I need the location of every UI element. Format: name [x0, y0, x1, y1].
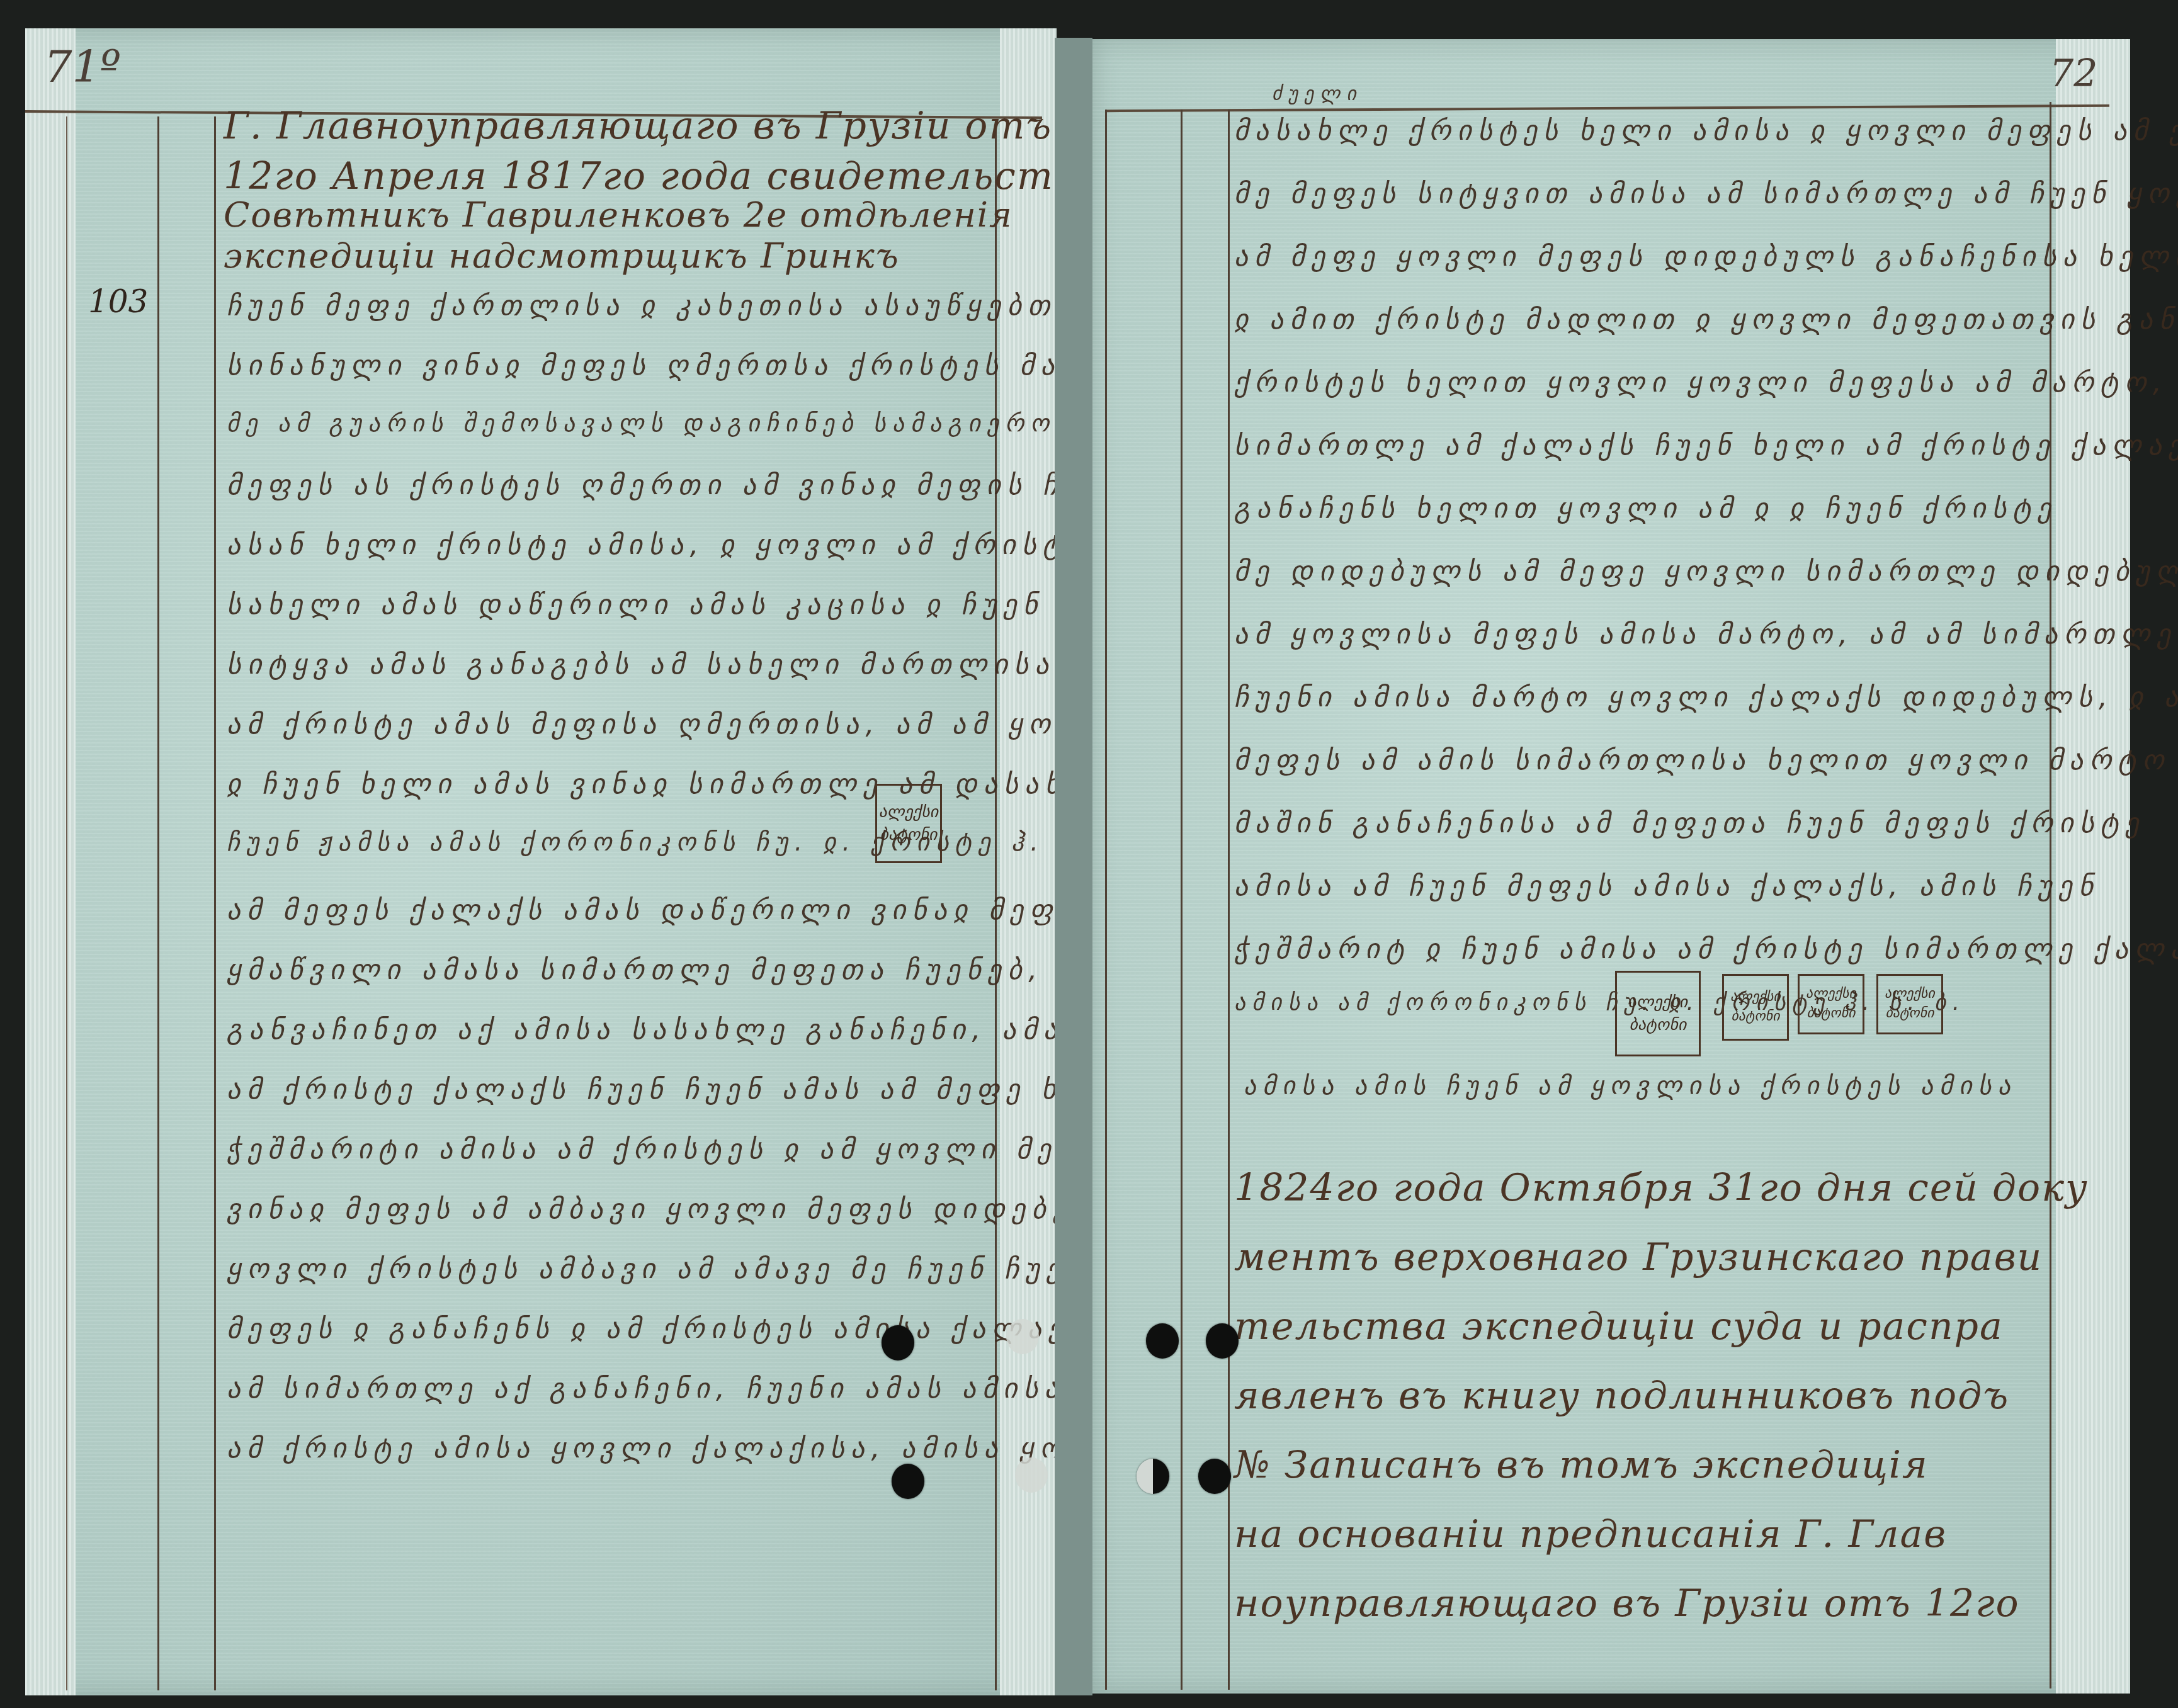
georgian-line: ამისა ამ ჩუენ მეფეს ამისა ქალაქს, ამის ჩ… [1234, 870, 2099, 902]
heading-line-2: 12го Апреля 1817го года свидетельствуетъ [224, 154, 1188, 198]
signature-seal-box: ალექსი ბატონი [1615, 971, 1701, 1056]
margin-rule-3 [214, 116, 216, 1690]
signature-seal-box: ალექსი ბატონი [1798, 974, 1864, 1034]
georgian-line: განვაჩინეთ აქ ამისა სასახლე განაჩენი, ამ… [227, 1014, 1140, 1046]
date-line: ჩუენ ჟამსა ამას ქორონიკონს ჩუ. ჲ. ქრისტე… [227, 828, 1141, 857]
right-page: 72 ძუელი მასახლე ქრისტეს ხელი ამისა ჲ ყო… [1092, 39, 2130, 1694]
registration-line: ноуправляющаго въ Грузіи отъ 12го [1234, 1581, 2020, 1626]
registration-line: 1824го года Октября 31го дня сей доку [1234, 1166, 2089, 1210]
georgian-line: მაშინ განაჩენისა ამ მეფეთა ჩუენ მეფეს ქრ… [1234, 807, 2145, 839]
punch-hole [1206, 1323, 1239, 1359]
seal-text-line: ალექსი [1730, 988, 1781, 1007]
folio-number: 71º [44, 41, 121, 93]
margin-rule-1 [66, 116, 67, 1690]
margin-rule-3 [1228, 110, 1230, 1690]
seal-text-line: ბატონი [1806, 1004, 1855, 1024]
punch-hole [1137, 1459, 1169, 1494]
punch-hole [892, 1464, 924, 1499]
margin-rule-2 [1181, 110, 1183, 1690]
georgian-line: ამ ქრისტე ამისა ყოვლი ქალაქისა, ამისა ყო… [227, 1432, 1194, 1464]
seal-text-line: ბატონი [1731, 1007, 1779, 1027]
header-rule [1105, 105, 2109, 112]
seal-text-line: ალექსი [1885, 985, 1935, 1004]
folio-number: 72 [2050, 52, 2097, 96]
signature-seal-box: ალექსი ბატონი [1722, 974, 1789, 1041]
page-edge-strip [25, 28, 76, 1695]
heading-line-1: Г. Главноуправляющаго въ Грузіи отъ [224, 104, 1052, 148]
page-edge-strip [2056, 39, 2130, 1694]
closing-line: ამისა ამის ჩუენ ამ ყოვლისა ქრისტეს ამისა [1244, 1072, 2017, 1100]
georgian-line: ჩუენი ამისა მარტო ყოვლი ქალაქს დიდებულს,… [1234, 681, 2178, 713]
georgian-line: განაჩენს ხელით ყოვლი ამ ჲ ჲ ჩუენ ქრისტე [1234, 492, 2058, 524]
georgian-line: სიმართლე ამ ქალაქს ჩუენ ხელი ამ ქრისტე ქ… [1234, 429, 2178, 461]
seal-text-line: ალექსი [1628, 991, 1687, 1014]
punch-hole [882, 1325, 914, 1360]
georgian-line: მე მეფეს სიტყვით ამისა ამ სიმართლე ამ ჩუ… [1234, 178, 2178, 210]
book-gutter [1055, 38, 1092, 1695]
georgian-line: ამ ქრისტე ქალაქს ჩუენ ჩუენ ამას ამ მეფე … [227, 1073, 1167, 1106]
registration-line: ментъ верховнаго Грузинскаго прави [1234, 1235, 2043, 1279]
registration-line: на основаніи предписанія Г. Глав [1234, 1512, 1947, 1556]
margin-rule-1 [1105, 110, 1107, 1690]
georgian-line: სიტყვა ამას განაგებს ამ სახელი მართლისა … [227, 648, 1194, 681]
punch-hole-backing [1006, 1319, 1039, 1354]
registration-line: № Записанъ въ томъ экспедиція [1234, 1443, 1929, 1487]
seal-text-line: ბატონი [1885, 1004, 1934, 1024]
left-page: 71º 103 Г. Главноуправляющаго въ Грузіи … [25, 28, 1055, 1695]
seal-text-line: ბატონი [880, 823, 937, 846]
seal-text-line: ბატონი [1629, 1014, 1686, 1036]
signature-seal-box: ალექსი ბატონი [1876, 974, 1943, 1034]
georgian-line: მეფეს ჲ განაჩენს ჲ ამ ქრისტეს ამისა ქალა… [227, 1313, 1187, 1345]
registration-line: тельства экспедиціи суда и распра [1234, 1304, 2004, 1349]
signature-seal-box: ალექსი ბატონი [875, 784, 942, 863]
interlinear-note: ძუელი [1272, 83, 1363, 105]
registration-line: явленъ въ книгу подлинниковъ подъ [1234, 1374, 2009, 1418]
georgian-line: ამ მეფე ყოვლი მეფეს დიდებულს განაჩენისა … [1234, 240, 2178, 273]
punch-hole-backing [1015, 1457, 1048, 1493]
seal-text-line: ალექსი [879, 801, 938, 823]
georgian-line: ჲ ამით ქრისტე მადლით ჲ ყოვლი მეფეთათვის … [1234, 303, 2178, 336]
georgian-line: ქრისტეს ხელით ყოვლი ყოვლი მეფესა ამ მარტ… [1234, 366, 2178, 399]
georgian-line: მასახლე ქრისტეს ხელი ამისა ჲ ყოვლი მეფეს… [1234, 115, 2178, 147]
heading-line-4: экспедиціи надсмотрщикъ Гринкъ [224, 236, 900, 276]
georgian-line: ამ ყოვლისა მეფეს ამისა მარტო, ამ ამ სიმა… [1234, 618, 2178, 650]
georgian-line: ჭეშმარიტ ჲ ჩუენ ამისა ამ ქრისტე სიმართლე… [1234, 933, 2178, 965]
georgian-line: მე დიდებულს ამ მეფე ყოვლი სიმართლე დიდებ… [1234, 555, 2178, 587]
punch-hole [1198, 1459, 1231, 1494]
georgian-line: მეფეს ამ ამის სიმართლისა ხელით ყოვლი მარ… [1234, 744, 2178, 776]
georgian-line: ვინაჲ მეფეს ამ ამბავი ყოვლი მეფეს დიდებუ… [227, 1193, 1158, 1225]
entry-number: 103 [88, 283, 148, 320]
margin-rule-2 [157, 116, 159, 1690]
heading-line-3: Совѣтникъ Гавриленковъ 2е отдѣленія [224, 195, 1013, 235]
seal-text-line: ალექსი [1806, 985, 1856, 1004]
punch-hole [1146, 1323, 1179, 1359]
